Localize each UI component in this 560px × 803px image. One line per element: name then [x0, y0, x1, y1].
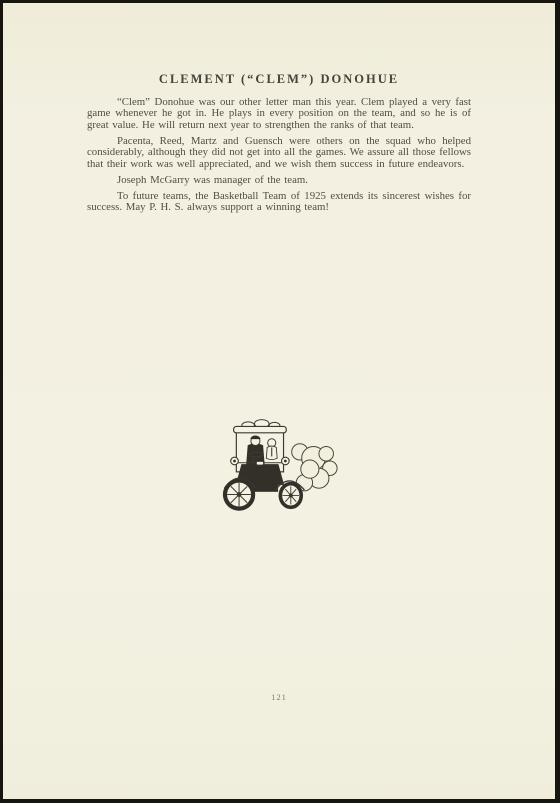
scan-edge-artifact [0, 30, 3, 46]
page-title: CLEMENT (“CLEM”) DONOHUE [3, 73, 555, 87]
car-wheel-right [280, 484, 301, 508]
vintage-car-drawing [220, 415, 338, 516]
paragraph-4: To future teams, the Basketball Team of … [87, 191, 471, 214]
scan-edge-artifact [555, 796, 560, 803]
paragraph-3: Joseph McGarry was manager of the team. [87, 175, 471, 187]
car-wheel-left [225, 480, 253, 508]
paragraph-1: “Clem” Donohue was our other letter man … [87, 97, 471, 132]
paragraph-2: Pacenta, Reed, Martz and Guensch were ot… [87, 136, 471, 171]
page-number: 121 [3, 692, 555, 702]
scanned-yearbook-page: CLEMENT (“CLEM”) DONOHUE “Clem” Donohue … [0, 0, 560, 803]
article-text: “Clem” Donohue was our other letter man … [87, 97, 471, 214]
vintage-car-illustration [220, 415, 338, 516]
